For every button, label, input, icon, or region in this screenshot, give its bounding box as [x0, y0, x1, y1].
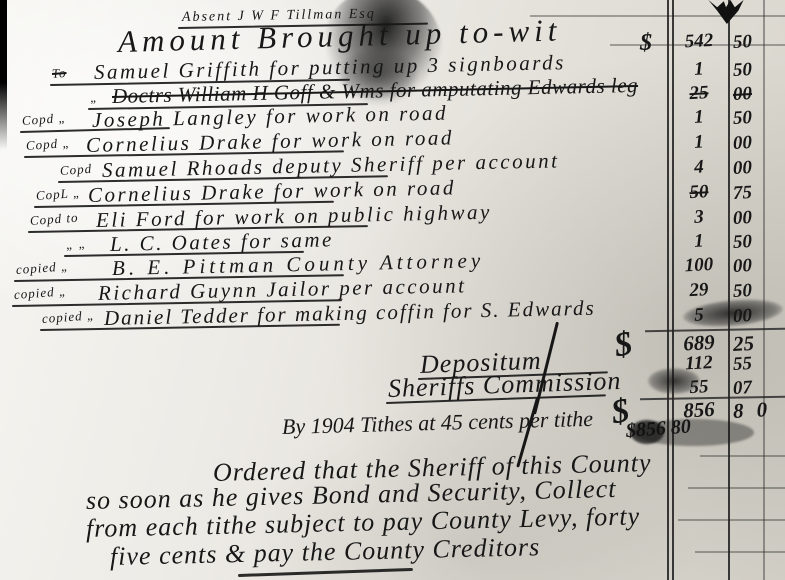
entry-cents: 50 [732, 57, 783, 82]
entry-dollars: 3 [673, 205, 724, 230]
entry-cents: 50 [732, 278, 783, 303]
copy-annotation: CopL „ [35, 185, 81, 204]
ledger-entry-row: Copd to Eli Ford for work on public high… [0, 208, 785, 234]
entry-cents: 50 [732, 29, 783, 54]
ink-blot-star [704, 0, 748, 24]
entry-dollars: 29 [673, 278, 724, 303]
entry-dollars: 100 [673, 253, 724, 278]
entry-cents: 00 [732, 205, 783, 230]
copy-annotation: Copd „ [21, 110, 67, 129]
entry-dollars: 4 [673, 155, 724, 180]
copy-annotation: copied „ [13, 283, 67, 303]
copy-annotation: copied „ [15, 258, 69, 278]
entry-cents: 00 [732, 130, 783, 155]
entry-dollars: 1 [673, 229, 724, 254]
ink-underline [238, 568, 413, 577]
entry-dollars: 5 [673, 303, 724, 328]
ledger-entry-row: Amount Brought up to-wit $ 542 50 [0, 24, 785, 50]
entry-dollars: 542 [673, 29, 724, 54]
entry-cents: 00 [732, 253, 783, 278]
entry-dollars: 1 [673, 130, 724, 155]
ledger-entry-row: copied „ Daniel Tedder for making coffin… [0, 306, 785, 332]
ruled-line [530, 15, 785, 17]
entry-dollars: 1 [673, 57, 724, 82]
copy-annotation: Copd „ [25, 135, 71, 154]
ruled-line [678, 519, 785, 521]
entry-cents: 00 [732, 155, 783, 180]
ditto-mark: „ [89, 89, 98, 106]
deduction-row: Sheriffs Commission 55 07 [0, 374, 785, 400]
ditto-mark: „ „ [65, 236, 87, 253]
deduction-dollars: 112 [673, 351, 724, 376]
ruled-line [688, 487, 785, 489]
entry-cents: 50 [732, 105, 783, 130]
copy-annotation: To [51, 65, 67, 82]
copy-annotation: Copd to [29, 210, 79, 229]
currency-mark: $ [640, 30, 652, 57]
deduction-row: Depositum 112 55 [0, 350, 785, 376]
ruled-line [700, 455, 785, 457]
ledger-page-scan: Absent J W F Tillman Esq Amount Brought … [0, 0, 785, 580]
copy-annotation: copied „ [41, 307, 95, 327]
entry-cents: 00 [732, 303, 783, 328]
entry-cents: 00 [732, 81, 783, 106]
entry-dollars: 1 [673, 105, 724, 130]
copy-annotation: Copd [59, 161, 92, 179]
entry-dollars: 50 [673, 180, 724, 205]
entry-cents: 75 [732, 180, 783, 205]
deduction-cents: 55 [732, 351, 783, 376]
ink-smear-core [630, 420, 664, 444]
entry-dollars: 25 [673, 81, 724, 106]
entry-cents: 50 [732, 229, 783, 254]
ruled-line [695, 551, 785, 553]
balance-cents: 8 0 [732, 396, 783, 424]
